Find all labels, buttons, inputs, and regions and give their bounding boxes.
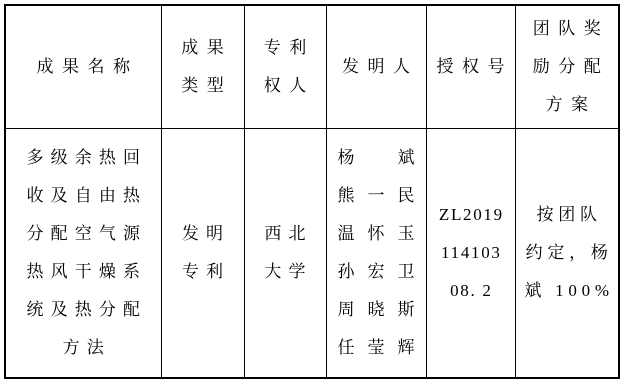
table-header-row: 成果名称 成果类型 专利权人 发明人 授权号 团队奖励分配方案	[5, 5, 619, 128]
header-reward-plan: 团队奖励分配方案	[515, 5, 619, 128]
header-inventors: 发明人	[326, 5, 426, 128]
page: { "colors": { "background": "#ffffff", "…	[0, 0, 624, 384]
table-row: 多级余热回收及自由热分配空气源热风干燥系统及热分配方法 发明专利 西北大学 杨斌…	[5, 128, 619, 378]
cell-grant-number-text: ZL201911410308. 2	[427, 196, 515, 310]
header-reward-plan-text: 团队奖励分配方案	[516, 10, 619, 124]
header-inventors-text: 发明人	[327, 48, 426, 86]
cell-inventors: 杨斌熊一民温怀玉孙宏卫周晓斯任莹辉	[326, 128, 426, 378]
cell-patentee: 西北大学	[244, 128, 326, 378]
patent-achievement-table: 成果名称 成果类型 专利权人 发明人 授权号 团队奖励分配方案 多级余热回收及自…	[4, 4, 620, 379]
cell-patentee-text: 西北大学	[245, 215, 326, 291]
cell-achievement-name-text: 多级余热回收及自由热分配空气源热风干燥系统及热分配方法	[6, 139, 161, 367]
cell-reward-plan-text: 按团队约定，杨斌 100%	[516, 196, 619, 310]
cell-achievement-type: 发明专利	[161, 128, 244, 378]
header-patentee: 专利权人	[244, 5, 326, 128]
header-patentee-text: 专利权人	[245, 29, 326, 105]
header-grant-number-text: 授权号	[427, 48, 515, 86]
header-achievement-name: 成果名称	[5, 5, 161, 128]
cell-reward-plan: 按团队约定，杨斌 100%	[515, 128, 619, 378]
cell-achievement-name: 多级余热回收及自由热分配空气源热风干燥系统及热分配方法	[5, 128, 161, 378]
cell-achievement-type-text: 发明专利	[162, 215, 244, 291]
cell-inventors-text: 杨斌熊一民温怀玉孙宏卫周晓斯任莹辉	[327, 139, 426, 367]
cell-grant-number: ZL201911410308. 2	[426, 128, 515, 378]
header-achievement-type: 成果类型	[161, 5, 244, 128]
header-achievement-type-text: 成果类型	[162, 29, 244, 105]
header-grant-number: 授权号	[426, 5, 515, 128]
header-achievement-name-text: 成果名称	[6, 48, 161, 86]
